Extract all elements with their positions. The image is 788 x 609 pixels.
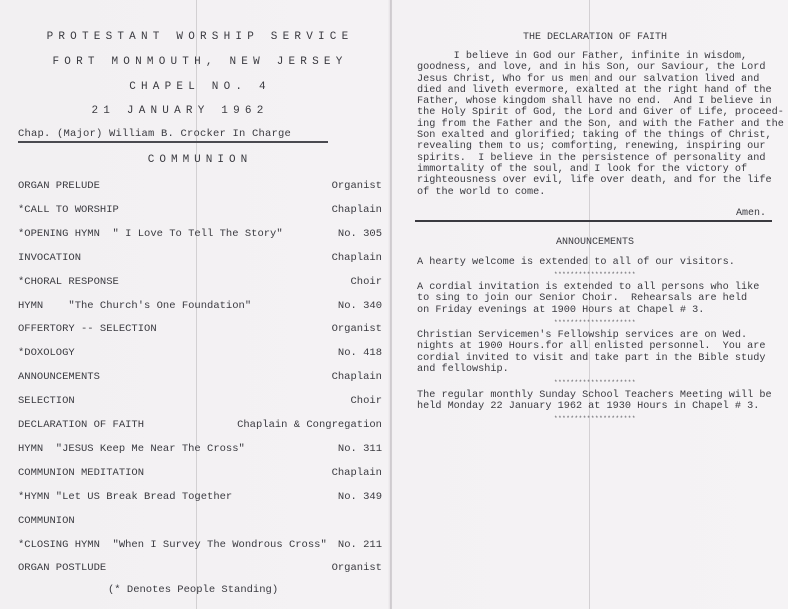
program-item: *OPENING HYMN " I Love To Tell The Story… (18, 228, 382, 240)
announcement: A hearty welcome is extended to all of o… (417, 257, 777, 268)
program-item: *CHORAL RESPONSEChoir (18, 276, 382, 288)
footnote: (* Denotes People Standing) (108, 584, 278, 596)
program-item-title: INVOCATION (18, 252, 81, 264)
program-item-title: *CHORAL RESPONSE (18, 276, 119, 288)
program-item: HYMN "JESUS Keep Me Near The Cross"No. 3… (18, 443, 382, 455)
program-item: ORGAN PRELUDEOrganist (18, 180, 382, 192)
service-date: 21 JANUARY 1962 (0, 105, 362, 117)
program-item-leader: No. 340 (338, 300, 382, 312)
program-item: COMMUNION MEDITATIONChaplain (18, 467, 382, 479)
program-item: *HYMN "Let US Break Bread TogetherNo. 34… (18, 491, 382, 503)
program-item: *DOXOLOGYNo. 418 (18, 347, 382, 359)
program-item: SELECTIONChoir (18, 395, 382, 407)
page-divider (390, 0, 392, 609)
program-item-title: *CLOSING HYMN "When I Survey The Wondrou… (18, 539, 327, 551)
program-item: OFFERTORY -- SELECTIONOrganist (18, 323, 382, 335)
program-item-title: HYMN "The Church's One Foundation" (18, 300, 251, 312)
program-item-leader: No. 418 (338, 347, 382, 359)
service-title: PROTESTANT WORSHIP SERVICE (18, 31, 382, 43)
program-item-leader: Choir (350, 395, 382, 407)
program-item-title: DECLARATION OF FAITH (18, 419, 144, 431)
amen: Amen. (415, 208, 772, 222)
program-item-leader: Choir (350, 276, 382, 288)
program-item-title: *OPENING HYMN " I Love To Tell The Story… (18, 228, 283, 240)
program-item-title: ANNOUNCEMENTS (18, 371, 100, 383)
separator: ******************** (415, 415, 775, 422)
bulletin-sheet: PROTESTANT WORSHIP SERVICE FORT MONMOUTH… (0, 0, 788, 609)
separator: ******************** (415, 271, 775, 278)
program-item: COMMUNION (18, 515, 382, 527)
program-item-title: HYMN "JESUS Keep Me Near The Cross" (18, 443, 245, 455)
program-item: DECLARATION OF FAITHChaplain & Congregat… (18, 419, 382, 431)
program-item-title: ORGAN POSTLUDE (18, 562, 106, 574)
program-item: INVOCATIONChaplain (18, 252, 382, 264)
program-item: *CLOSING HYMN "When I Survey The Wondrou… (18, 539, 382, 551)
program-item-leader: No. 305 (338, 228, 382, 240)
program-item-leader: Organist (332, 323, 382, 335)
declaration-text: I believe in God our Father, infinite in… (417, 51, 777, 198)
program-item-leader: Organist (332, 562, 382, 574)
program-item-leader: No. 349 (338, 491, 382, 503)
program-item-leader: No. 211 (338, 539, 382, 551)
announcement: Christian Servicemen's Fellowship servic… (417, 330, 777, 375)
program-item-title: COMMUNION (18, 515, 75, 527)
program-item-title: ORGAN PRELUDE (18, 180, 100, 192)
program-item-leader: Chaplain (332, 467, 382, 479)
program-item-title: *HYMN "Let US Break Bread Together (18, 491, 232, 503)
program-item-leader: Chaplain (332, 204, 382, 216)
program-item: *CALL TO WORSHIPChaplain (18, 204, 382, 216)
program-item-title: SELECTION (18, 395, 75, 407)
program-item-leader: Chaplain (332, 371, 382, 383)
announcement: The regular monthly Sunday School Teache… (417, 390, 777, 413)
section-title: COMMUNION (18, 154, 382, 166)
program-item-leader: Chaplain (332, 252, 382, 264)
declaration-title: THE DECLARATION OF FAITH (415, 32, 775, 43)
separator: ******************** (415, 319, 775, 326)
chaplain-in-charge: Chap. (Major) William B. Crocker In Char… (18, 128, 328, 143)
separator: ******************** (415, 379, 775, 386)
program-item-leader: No. 311 (338, 443, 382, 455)
chapel-number: CHAPEL NO. 4 (18, 81, 382, 93)
program-item-leader: Chaplain & Congregation (237, 419, 382, 431)
announcements-title: ANNOUNCEMENTS (415, 237, 775, 248)
program-item-title: OFFERTORY -- SELECTION (18, 323, 157, 335)
program-item-title: *CALL TO WORSHIP (18, 204, 119, 216)
program-item: HYMN "The Church's One Foundation"No. 34… (18, 300, 382, 312)
location: FORT MONMOUTH, NEW JERSEY (18, 56, 382, 68)
program-item-title: COMMUNION MEDITATION (18, 467, 144, 479)
program-item-title: *DOXOLOGY (18, 347, 75, 359)
announcement: A cordial invitation is extended to all … (417, 282, 777, 316)
program-item-leader: Organist (332, 180, 382, 192)
program-item: ANNOUNCEMENTSChaplain (18, 371, 382, 383)
program-item: ORGAN POSTLUDEOrganist (18, 562, 382, 574)
